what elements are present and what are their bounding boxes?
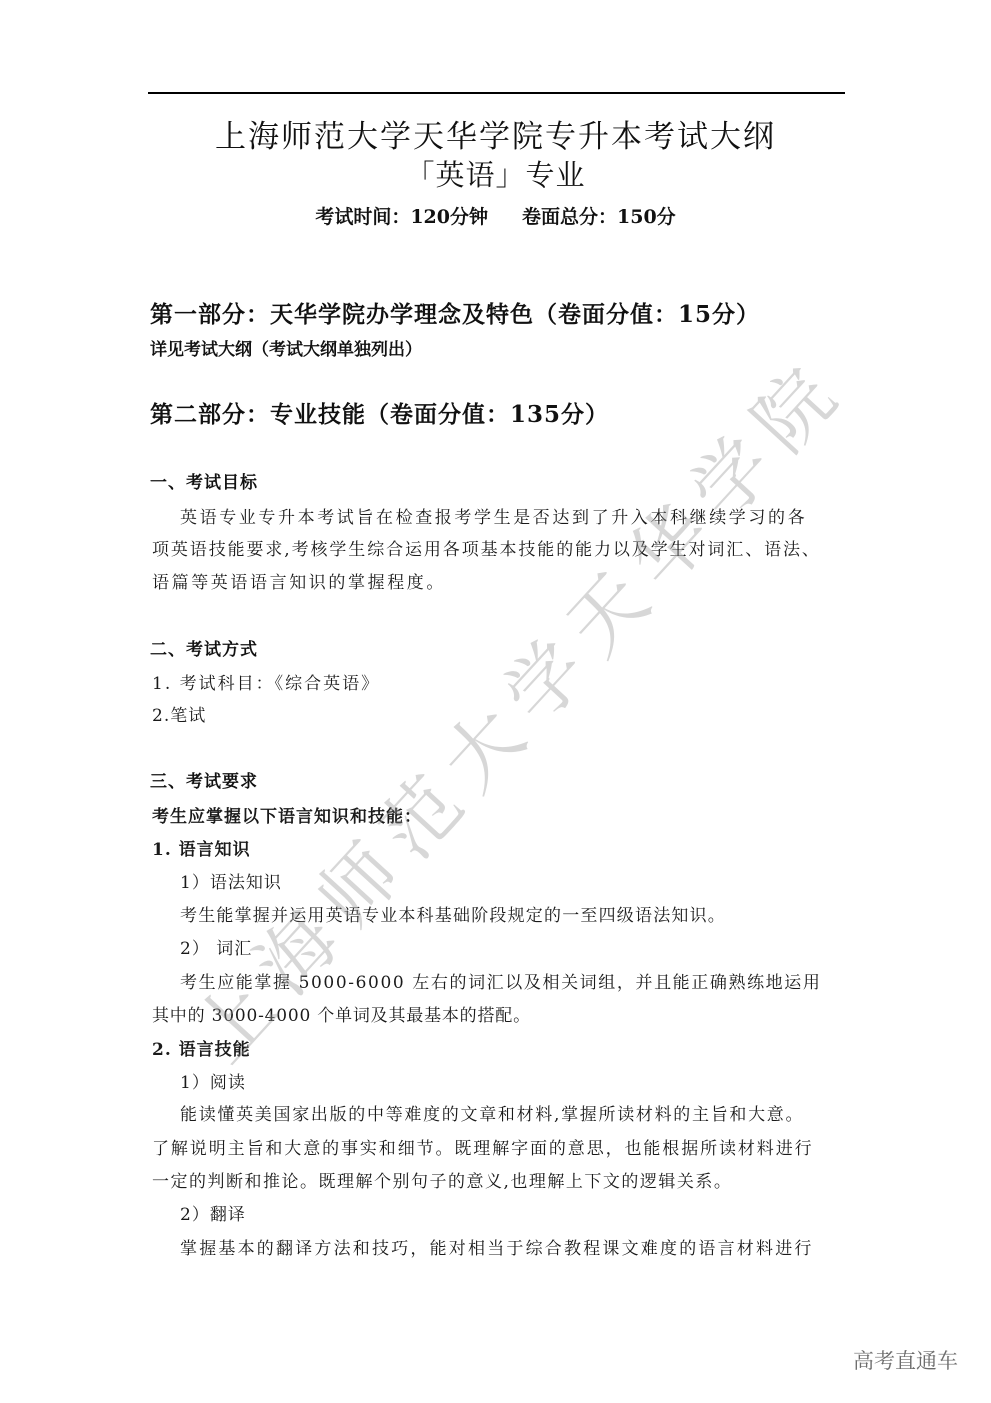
sub-heading-vocabulary: 2） 词汇 — [180, 941, 252, 958]
requirements-intro: 考生应掌握以下语言知识和技能： — [152, 809, 422, 826]
watermark: 上海师范大学天华学院 — [181, 345, 859, 1075]
list-item: 1. 考试科目：《综合英语》 — [152, 676, 380, 693]
paragraph-line: 英语专业专升本考试旨在检查报考学生是否达到了升入本科继续学习的各 — [180, 510, 807, 527]
exam-info: 考试时间：120分钟卷面总分：150分 — [0, 208, 991, 227]
document-page: 上海师范大学天华学院专升本考试大纲 「英语」专业 考试时间：120分钟卷面总分：… — [0, 0, 991, 1403]
part1-detail: 详见考试大纲（考试大纲单独列出） — [150, 342, 422, 359]
exam-total-score: 卷面总分：150分 — [522, 206, 676, 228]
paragraph-line: 掌握基本的翻译方法和技巧，能对相当于综合教程课文难度的语言材料进行 — [180, 1241, 814, 1258]
part2-heading: 第二部分：专业技能（卷面分值：135分） — [150, 403, 609, 426]
sub-heading-grammar: 1）语法知识 — [180, 875, 282, 892]
document-title: 上海师范大学天华学院专升本考试大纲 — [0, 122, 991, 153]
sub-heading-translation: 2）翻译 — [180, 1207, 246, 1224]
section-heading-objective: 一、考试目标 — [150, 475, 258, 492]
group-heading-language-knowledge: 1. 语言知识 — [152, 842, 251, 859]
paragraph-line: 考生能掌握并运用英语专业本科基础阶段规定的一至四级语法知识。 — [180, 908, 726, 925]
list-item: 2.笔试 — [152, 708, 206, 725]
section-heading-format: 二、考试方式 — [150, 642, 258, 659]
part1-heading: 第一部分：天华学院办学理念及特色（卷面分值：15分） — [150, 303, 760, 326]
header-rule — [148, 92, 845, 94]
paragraph-line: 考生应能掌握 5000-6000 左右的词汇以及相关词组，并且能正确熟练地运用 — [180, 975, 821, 992]
paragraph-line: 能读懂英美国家出版的中等难度的文章和材料,掌握所读材料的主旨和大意。 — [180, 1107, 804, 1124]
paragraph-line: 项英语技能要求,考核学生综合运用各项基本技能的能力以及学生对词汇、语法、 — [152, 542, 821, 559]
corner-brand-label: 高考直通车 — [853, 1351, 958, 1372]
document-subtitle: 「英语」专业 — [0, 161, 991, 190]
paragraph-line: 其中的 3000-4000 个单词及其最基本的搭配。 — [152, 1008, 531, 1025]
paragraph-line: 语篇等英语语言知识的掌握程度。 — [152, 575, 446, 592]
exam-time: 考试时间：120分钟 — [315, 206, 488, 228]
group-heading-language-skills: 2. 语言技能 — [152, 1042, 251, 1059]
paragraph-line: 了解说明主旨和大意的事实和细节。既理解字面的意思，也能根据所读材料进行 — [152, 1141, 814, 1158]
paragraph-line: 一定的判断和推论。既理解个别句子的意义,也理解上下文的逻辑关系。 — [152, 1174, 732, 1191]
section-heading-requirements: 三、考试要求 — [150, 774, 258, 791]
sub-heading-reading: 1）阅读 — [180, 1075, 246, 1092]
